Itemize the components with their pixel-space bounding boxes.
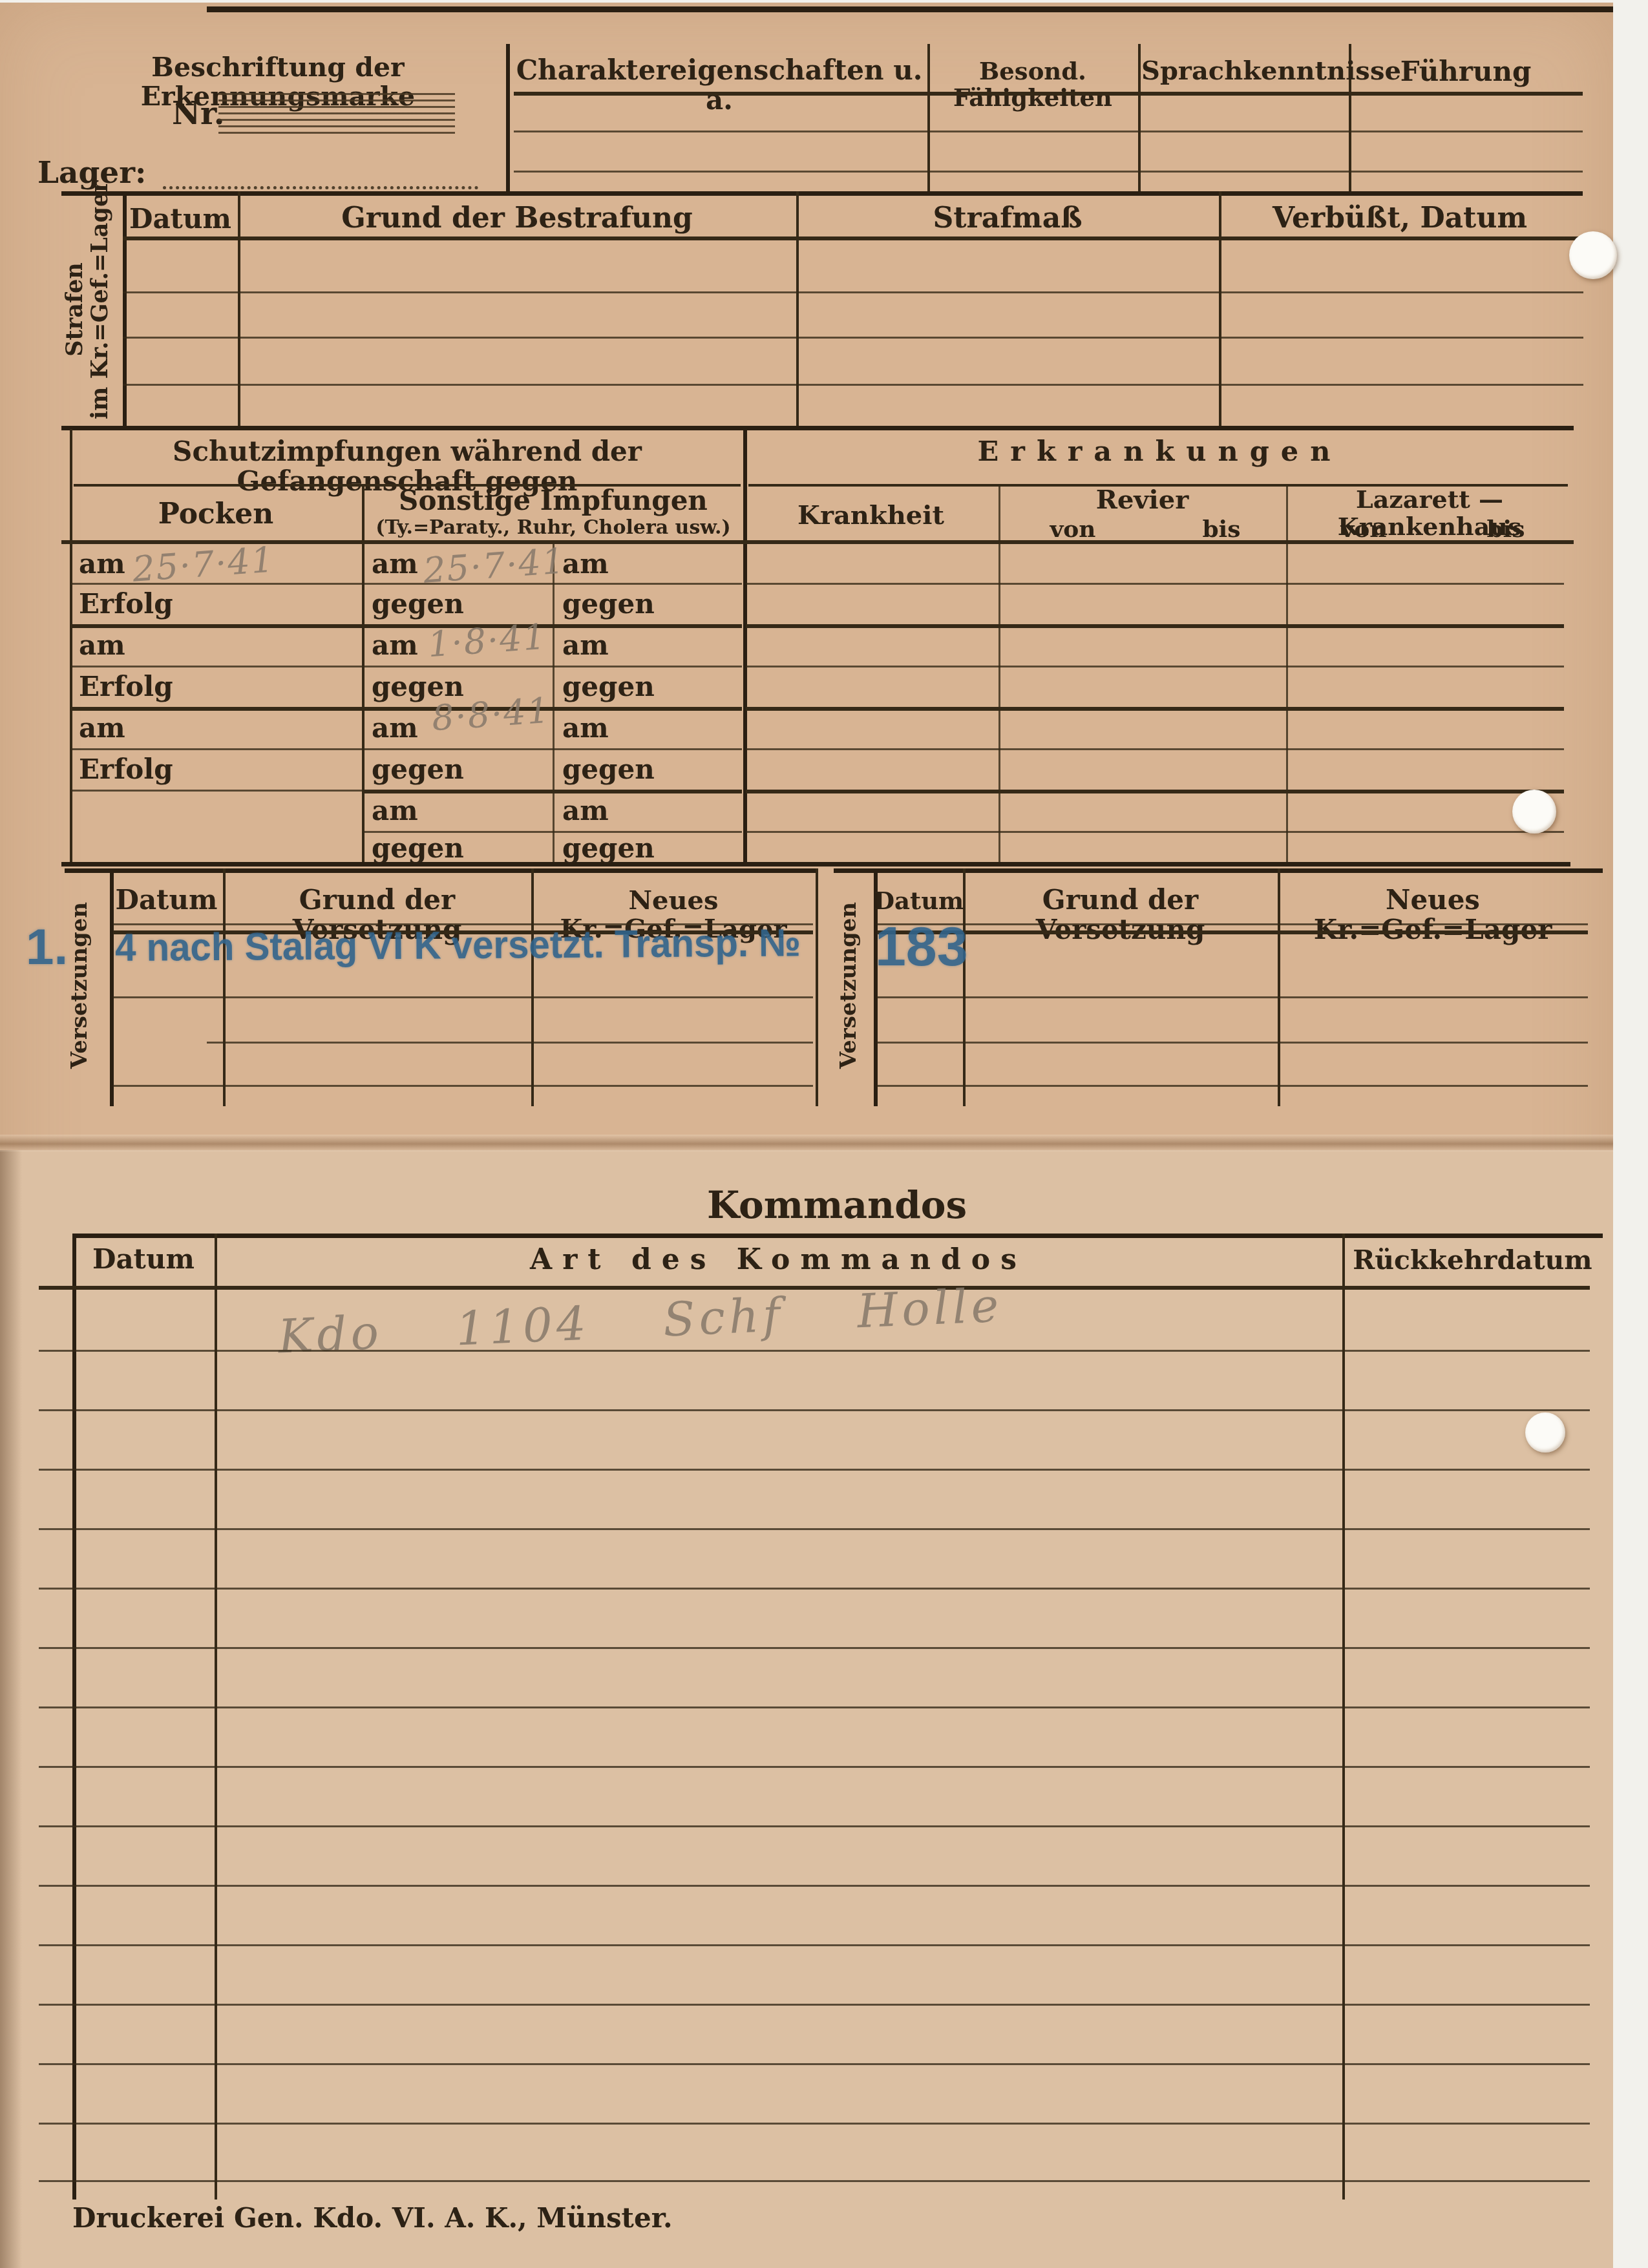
sonstige1-am-3: am — [372, 713, 418, 743]
header-col-faehigkeiten: Besond. Fähigkeiten — [931, 58, 1135, 110]
sonstige1-am-4: am — [372, 796, 418, 826]
sonstige2-am-1: am — [562, 549, 609, 579]
sonstige2-am-4: am — [562, 796, 609, 826]
strafen-side-label: Strafen im Kr.=Gef.=Lager — [63, 200, 118, 419]
versetzungen-r-datum: Datum — [874, 888, 963, 914]
rule — [70, 429, 72, 863]
rule — [72, 790, 362, 792]
rule — [506, 44, 510, 191]
rule — [362, 790, 742, 793]
rule — [39, 1885, 1590, 1887]
rule — [123, 384, 1583, 386]
rule — [61, 862, 1570, 866]
rule — [39, 2063, 1590, 2065]
rule — [123, 236, 1583, 240]
rule — [39, 1469, 1590, 1471]
rule — [39, 2123, 1590, 2125]
rule — [1138, 44, 1141, 191]
strafen-side-line1: Strafen — [63, 200, 88, 419]
rule — [39, 1706, 1590, 1708]
handwritten-date-sonstige-3: 8·8·41 — [430, 690, 552, 739]
header-col-fuehrung: Führung — [1352, 57, 1579, 87]
printer-imprint: Druckerei Gen. Kdo. VI. A. K., Münster. — [72, 2203, 673, 2233]
header-col-sprachkenntnisse: Sprachkenntnisse — [1141, 57, 1346, 85]
lazarett-bis-label: bis — [1441, 517, 1570, 543]
sonstige2-am-2: am — [562, 631, 609, 660]
versetzungen-r-neues: Neues Kr.=Gef.=Lager — [1278, 885, 1588, 945]
transfer-stamp-prefix: 1. — [26, 918, 68, 976]
rule — [39, 1944, 1590, 1946]
erkrankungen-title: Erkrankungen — [751, 437, 1569, 467]
sonstige-label: Sonstige Impfungen — [363, 486, 743, 516]
rule — [834, 868, 1603, 873]
sonstige1-gegen-1: gegen — [372, 589, 464, 619]
rule — [877, 923, 1588, 925]
punch-hole-bottom — [1525, 1412, 1565, 1453]
rule — [39, 2180, 1590, 2182]
rule — [877, 930, 1588, 934]
sonstige2-gegen-3: gegen — [562, 755, 655, 784]
rule — [746, 707, 1564, 711]
kommandos-col-datum: Datum — [72, 1244, 215, 1274]
rule — [123, 337, 1583, 339]
sonstige-sub-label: (Ty.=Paraty., Ruhr, Cholera usw.) — [363, 517, 743, 538]
rule — [927, 44, 930, 191]
revier-label: Revier — [998, 486, 1286, 514]
pocken-am-2: am — [79, 631, 125, 660]
pocken-label: Pocken — [70, 499, 362, 530]
rule — [61, 191, 1583, 196]
versetzungen-r-grund: Grund der Versetzung — [963, 885, 1278, 945]
kommandos-title: Kommandos — [527, 1185, 1147, 1226]
nr-hatch-block — [218, 93, 455, 136]
sonstige1-am-2: am — [372, 631, 418, 660]
rule — [746, 583, 1564, 585]
rule — [39, 1528, 1590, 1530]
left-edge-shadow — [0, 1150, 22, 2268]
rule — [514, 131, 1583, 132]
handwritten-date-sonstige-2: 1·8·41 — [427, 616, 548, 666]
transfer-stamp-number: 183 — [875, 915, 968, 979]
rule — [39, 1647, 1590, 1649]
rule — [1342, 1234, 1345, 2200]
rule — [746, 790, 1564, 793]
lazarett-von-label: von — [1299, 517, 1428, 543]
scanned-document-page: Beschriftung der Erkennungsmarke Nr. Lag… — [0, 0, 1648, 2268]
rule — [61, 540, 1574, 544]
rule — [39, 1350, 1590, 1352]
rule — [65, 868, 816, 873]
sonstige1-gegen-4: gegen — [372, 834, 464, 863]
rule — [207, 6, 1613, 12]
sonstige1-am-1: am — [372, 549, 418, 579]
header-col-charakter: Charaktereigenschaften u. a. — [512, 56, 926, 115]
krankheit-label: Krankheit — [743, 501, 998, 530]
pow-record-card: Beschriftung der Erkennungsmarke Nr. Lag… — [0, 3, 1613, 2268]
rule — [816, 868, 818, 1106]
punch-hole-middle — [1512, 790, 1556, 834]
rule — [39, 1766, 1590, 1768]
rule — [72, 707, 742, 711]
strafen-col-datum: Datum — [123, 204, 238, 234]
pocken-erfolg-1: Erfolg — [79, 589, 173, 619]
rule — [113, 996, 813, 998]
revier-von-label: von — [1008, 517, 1137, 543]
versetzungen-side-label-right: Versetzungen — [837, 888, 867, 1082]
rule — [207, 1042, 813, 1044]
versetzungen-side-label-left: Versetzungen — [68, 888, 98, 1082]
rule — [746, 624, 1564, 628]
kommandos-col-rueckkehr: Rückkehrdatum — [1342, 1246, 1603, 1275]
rule — [39, 1588, 1590, 1590]
strafen-side-line2: im Kr.=Gef.=Lager — [88, 200, 113, 419]
strafen-col-verbuesst: Verbüßt, Datum — [1219, 203, 1581, 234]
sonstige2-gegen-1: gegen — [562, 589, 655, 619]
lager-dotted-line — [163, 159, 478, 189]
rule — [113, 1085, 813, 1087]
pocken-erfolg-3: Erfolg — [79, 755, 173, 784]
kommandos-col-art: Art des Kommandos — [215, 1244, 1342, 1276]
punch-hole-top — [1569, 231, 1617, 279]
transfer-stamp-text: 4 nach Stalag VI K versetzt. Transp. № — [115, 920, 801, 970]
rule — [123, 291, 1583, 293]
rule — [72, 748, 742, 750]
rule — [746, 666, 1564, 667]
rule — [72, 624, 742, 628]
fold-crease — [0, 1135, 1613, 1151]
rule — [877, 1042, 1588, 1044]
rule — [746, 831, 1564, 833]
strafen-col-strafmass: Strafmaß — [796, 203, 1219, 234]
rule — [877, 1085, 1588, 1087]
rule — [877, 996, 1588, 998]
rule — [72, 1234, 76, 2200]
rule — [514, 171, 1583, 173]
sonstige2-gegen-4: gegen — [562, 834, 655, 863]
rule — [743, 429, 747, 863]
rule — [39, 1409, 1590, 1411]
rule — [39, 2004, 1590, 2006]
strafen-col-grund: Grund der Bestrafung — [238, 203, 796, 234]
handwritten-date-pocken: 25·7·41 — [131, 539, 276, 589]
rule — [553, 544, 555, 863]
versetzungen-l-datum: Datum — [110, 885, 223, 915]
rule — [215, 1234, 217, 2200]
nr-label: Nr. — [172, 97, 224, 131]
sonstige2-gegen-2: gegen — [562, 672, 655, 702]
rule — [72, 1234, 1603, 1238]
rule — [72, 666, 742, 667]
pocken-erfolg-2: Erfolg — [79, 672, 173, 702]
sonstige1-gegen-3: gegen — [372, 755, 464, 784]
pocken-am-3: am — [79, 713, 125, 743]
rule — [746, 748, 1564, 750]
sonstige2-am-3: am — [562, 713, 609, 743]
rule — [61, 426, 1574, 430]
rule — [514, 92, 1583, 96]
rule — [39, 1825, 1590, 1827]
pocken-am-1: am — [79, 549, 125, 579]
revier-bis-label: bis — [1157, 517, 1286, 543]
